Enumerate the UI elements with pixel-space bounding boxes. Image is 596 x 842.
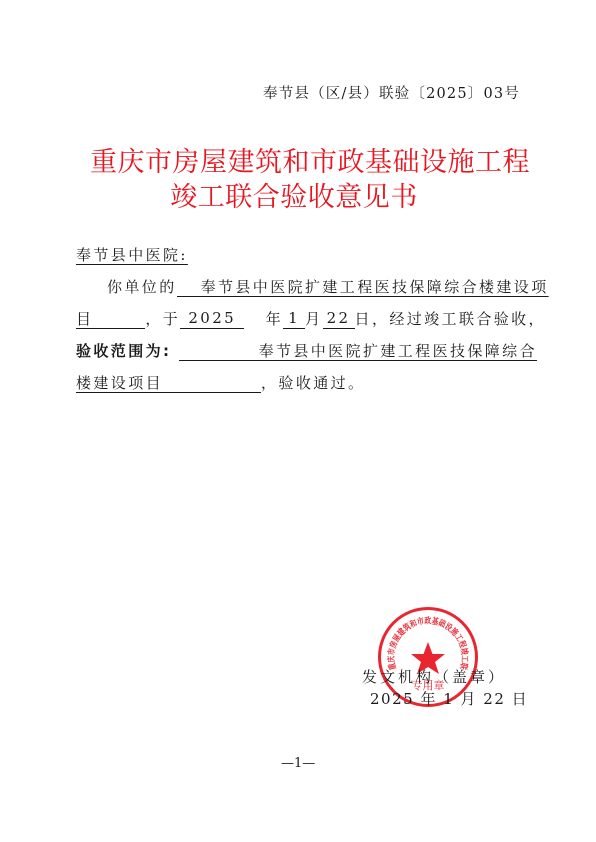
- body-line-1: 你单位的奉节县中医院扩建工程医技保障综合楼建设项: [107, 276, 549, 297]
- issue-date: 2025 年 1 月 22 日: [370, 688, 528, 709]
- scope-part2: 楼建设项目: [76, 374, 163, 392]
- day-label: 日，经过竣工联合验收，: [355, 310, 546, 328]
- blank-underline: [163, 373, 261, 393]
- document-title-line2: 竣工联合验收意见书: [0, 175, 592, 214]
- addressee: 奉节县中医院:: [76, 244, 188, 265]
- scope-label: 验收范围为:: [76, 342, 171, 360]
- blank-underline: [93, 309, 145, 329]
- scope-part1: 奉节县中医院扩建工程医技保障综合: [259, 342, 537, 360]
- project-name-part1: 奉节县中医院扩建工程医技保障综合楼建设项: [201, 278, 549, 296]
- blank-underline: [179, 341, 259, 361]
- acceptance-month: 1: [283, 309, 305, 329]
- intro-text: 你单位的: [107, 278, 177, 296]
- conclusion-text: ，验收通过。: [261, 374, 365, 392]
- issuer-label: 发文机构（盖章）: [362, 666, 506, 687]
- body-line-2: 目，于2025 年1月22日，经过竣工联合验收，: [76, 308, 546, 329]
- document-title-line1: 重庆市房屋建筑和市政基础设施工程: [12, 140, 596, 179]
- month-label: 月: [305, 310, 322, 328]
- blank-underline: [177, 277, 201, 297]
- project-name-part2: 目: [76, 310, 93, 328]
- page-number: —1—: [281, 756, 315, 771]
- body-line-3: 验收范围为: 奉节县中医院扩建工程医技保障综合: [76, 340, 537, 361]
- body-line-4: 楼建设项目，验收通过。: [76, 372, 365, 393]
- comma-yu-text: ，于: [145, 310, 180, 328]
- document-number: 奉节县（区/县）联验〔2025〕03号: [263, 82, 520, 103]
- acceptance-year: 2025: [180, 309, 244, 329]
- acceptance-day: 22: [323, 309, 355, 329]
- year-label: 年: [266, 310, 283, 328]
